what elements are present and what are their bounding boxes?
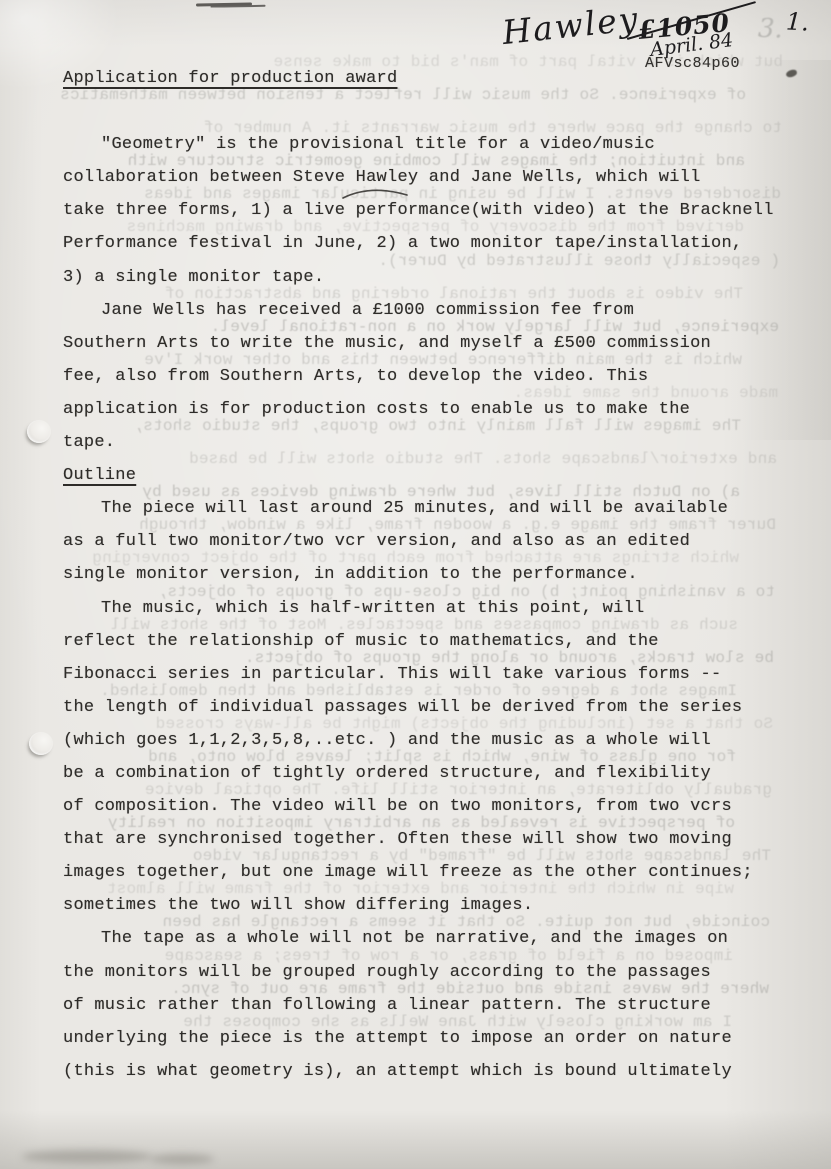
- scanner-streak: [196, 3, 252, 6]
- punch-hole-bottom: [29, 732, 53, 755]
- text-line: The music, which is half-written at this…: [63, 592, 785, 625]
- text-line: the monitors will be grouped roughly acc…: [63, 956, 785, 989]
- text-line: that are synchronised together. Often th…: [63, 823, 785, 856]
- text-line: of composition. The video will be on two…: [63, 790, 785, 823]
- handwritten-signature: Hawley: [500, 0, 641, 52]
- bottom-edge-blotch: [22, 1150, 152, 1163]
- text-line: the length of individual passages will b…: [63, 691, 785, 724]
- text-line: application is for production costs to e…: [63, 393, 785, 426]
- bleedthrough-page-number: 3.: [757, 14, 783, 45]
- text-line: reflect the relationship of music to mat…: [63, 625, 785, 658]
- text-line: of music rather than following a linear …: [63, 989, 785, 1022]
- bottom-edge-blotch: [150, 1154, 214, 1164]
- text-line: The piece will last around 25 minutes, a…: [63, 492, 785, 525]
- line-spacer: [63, 95, 785, 128]
- text-line: underlying the piece is the attempt to i…: [63, 1022, 785, 1055]
- text-line: Southern Arts to write the music, and my…: [63, 327, 785, 360]
- punch-hole-top: [27, 420, 51, 443]
- text-line: take three forms, 1) a live performance(…: [63, 194, 785, 227]
- text-line: (which goes 1,1,2,3,5,8,..etc. ) and the…: [63, 724, 785, 757]
- scanned-document-page: but which is a vital part of man's bid t…: [0, 0, 831, 1169]
- text-line: sometimes the two will show differing im…: [63, 889, 785, 922]
- text-line: Jane Wells has received a £1000 commissi…: [63, 294, 785, 327]
- document-body: Application for production award "Geomet…: [63, 62, 785, 1088]
- text-line: be a combination of tightly ordered stru…: [63, 757, 785, 790]
- text-line: (this is what geometry is), an attempt w…: [63, 1055, 785, 1088]
- text-line: images together, but one image will free…: [63, 856, 785, 889]
- section-heading: Outline: [63, 459, 785, 492]
- text-line: Performance festival in June, 2) a two m…: [63, 227, 785, 260]
- text-line: as a full two monitor/two vcr version, a…: [63, 525, 785, 558]
- text-line: 3) a single monitor tape.: [63, 261, 785, 294]
- reference-code: AFVsc84p60: [645, 55, 740, 72]
- text-line: "Geometry" is the provisional title for …: [63, 128, 785, 161]
- text-line: The tape as a whole will not be narrativ…: [63, 922, 785, 955]
- page-number: 1.: [785, 7, 809, 36]
- handwritten-tick-mark: [341, 188, 411, 202]
- text-line: Fibonacci series in particular. This wil…: [63, 658, 785, 691]
- text-line: fee, also from Southern Arts, to develop…: [63, 360, 785, 393]
- text-line: tape.: [63, 426, 785, 459]
- text-line: single monitor version, in addition to t…: [63, 558, 785, 591]
- text-line: collaboration between Steve Hawley and J…: [63, 161, 785, 194]
